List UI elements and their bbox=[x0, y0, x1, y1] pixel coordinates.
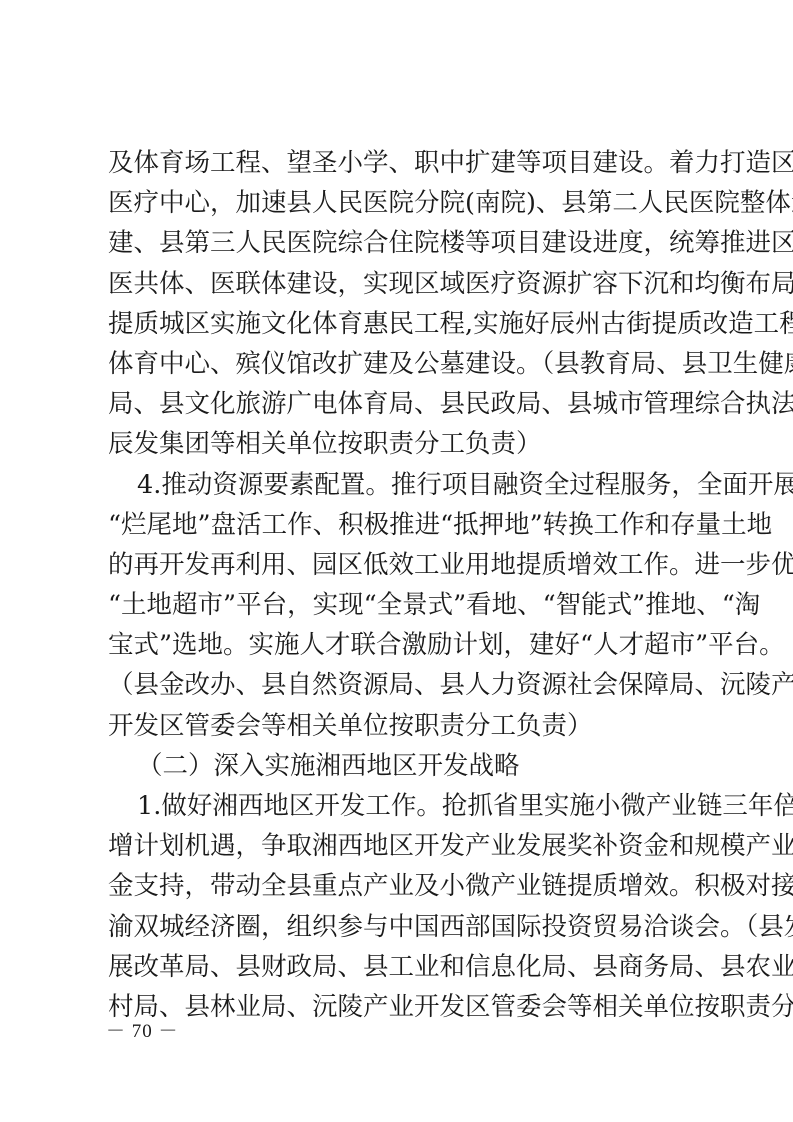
paragraph-line: 医疗中心，加速县人民医院分院(南院)、县第二人民医院整体迁 bbox=[108, 183, 694, 223]
paragraph-line: 提质城区实施文化体育惠民工程,实施好辰州古街提质改造工程、 bbox=[108, 304, 694, 344]
paragraph-line: 辰发集团等相关单位按职责分工负责） bbox=[108, 424, 694, 464]
paragraph-line: 金支持，带动全县重点产业及小微产业链提质增效。积极对接成 bbox=[108, 866, 694, 906]
paragraph-line: 增计划机遇，争取湘西地区开发产业发展奖补资金和规模产业基 bbox=[108, 826, 694, 866]
paragraph-line: （县金改办、县自然资源局、县人力资源社会保障局、沅陵产业 bbox=[108, 665, 694, 705]
section-heading: （二）深入实施湘西地区开发战略 bbox=[108, 746, 694, 786]
item-1-heading-line: 1.做好湘西地区开发工作。抢抓省里实施小微产业链三年倍 bbox=[108, 786, 694, 826]
paragraph-line: “土地超市”平台，实现“全景式”看地、“智能式”推地、“淘 bbox=[108, 585, 694, 625]
paragraph-line: 宝式”选地。实施人才联合激励计划，建好“人才超市”平台。 bbox=[108, 625, 694, 665]
body-text: 及体育场工程、望圣小学、职中扩建等项目建设。着力打造区域 医疗中心，加速县人民医… bbox=[108, 143, 694, 1027]
paragraph-line: 的再开发再利用、园区低效工业用地提质增效工作。进一步优化 bbox=[108, 545, 694, 585]
paragraph-line: 展改革局、县财政局、县工业和信息化局、县商务局、县农业农 bbox=[108, 947, 694, 987]
paragraph-line: 体育中心、殡仪馆改扩建及公墓建设。（县教育局、县卫生健康 bbox=[108, 344, 694, 384]
paragraph-line: 村局、县林业局、沅陵产业开发区管委会等相关单位按职责分工 bbox=[108, 987, 694, 1027]
item-4-heading-line: 4.推动资源要素配置。推行项目融资全过程服务，全面开展 bbox=[108, 465, 694, 505]
document-page: 及体育场工程、望圣小学、职中扩建等项目建设。着力打造区域 医疗中心，加速县人民医… bbox=[0, 0, 793, 1122]
paragraph-line: 局、县文化旅游广电体育局、县民政局、县城市管理综合执法局、 bbox=[108, 384, 694, 424]
paragraph-line: 建、县第三人民医院综合住院楼等项目建设进度，统筹推进区域 bbox=[108, 223, 694, 263]
paragraph-line: 开发区管委会等相关单位按职责分工负责） bbox=[108, 706, 694, 746]
page-number: － 70 － bbox=[106, 1016, 179, 1043]
paragraph-line: 医共体、医联体建设，实现区域医疗资源扩容下沉和均衡布局。 bbox=[108, 264, 694, 304]
paragraph-line: “烂尾地”盘活工作、积极推进“抵押地”转换工作和存量土地 bbox=[108, 505, 694, 545]
paragraph-line: 渝双城经济圈，组织参与中国西部国际投资贸易洽谈会。（县发 bbox=[108, 907, 694, 947]
paragraph-line: 及体育场工程、望圣小学、职中扩建等项目建设。着力打造区域 bbox=[108, 143, 694, 183]
